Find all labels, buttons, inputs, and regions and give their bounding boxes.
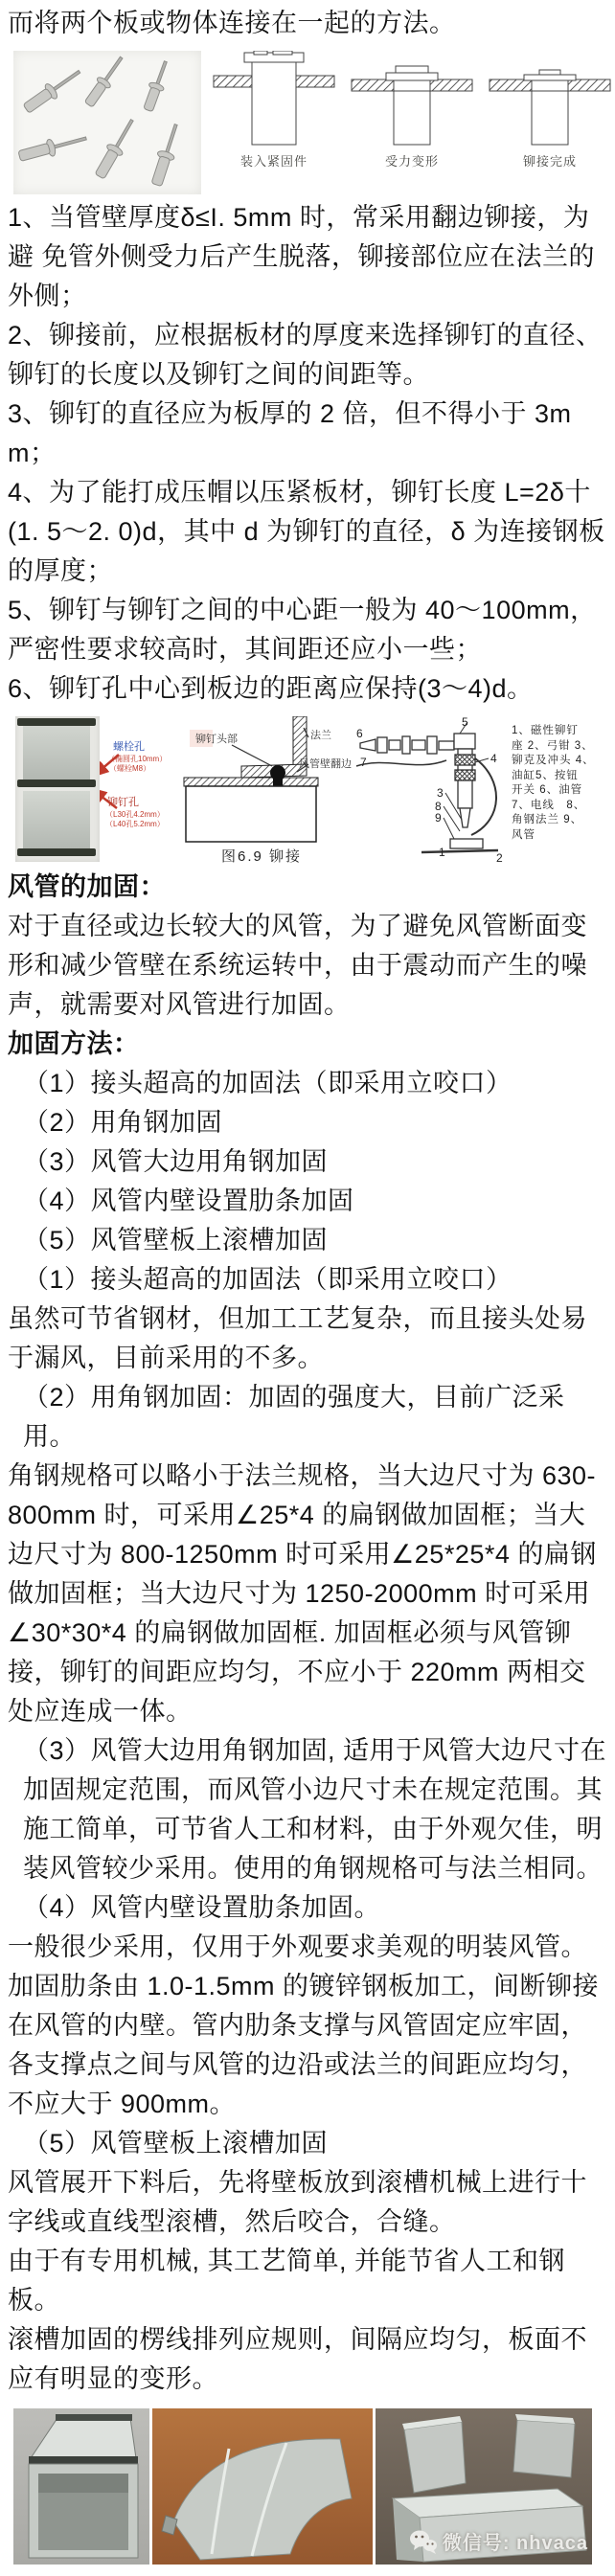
methods-heading: 加固方法：	[0, 1025, 615, 1064]
duct-flange	[17, 780, 96, 787]
detail-paragraph: 虽然可节省钢材，但加工工艺复杂，而且接头处易于漏风，目前采用的不多。	[0, 1299, 615, 1378]
detail-paragraph: 角钢规格可以略小于法兰规格，当大边尺寸为 630-800mm 时，可采用∠25*…	[0, 1457, 615, 1731]
step-insert-fastener: 装入紧固件	[209, 51, 339, 169]
tool-drawing	[354, 716, 508, 866]
rivet-rule-5: 5、铆钉与铆钉之间的中心距一般为 40～100mm，严密性要求较高时，其间距还应…	[0, 591, 615, 669]
detail-paragraph: （2）用角钢加固：加固的强度大，目前广泛采用。	[0, 1378, 615, 1457]
detail-paragraph: （5）风管壁板上滚槽加固	[0, 2124, 615, 2163]
rivet-rule-1: 1、当管壁厚度δ≤I. 5mm 时，常采用翻边铆接，为避 免管外侧受力后产生脱落…	[0, 198, 615, 316]
duct-fittings-photo: 微信号: nhvaca	[376, 2408, 592, 2565]
rivet-rule-4: 4、为了能打成压帽以压紧板材，铆钉长度 L=2δ十(1. 5～2. 0)d，其中…	[0, 473, 615, 591]
duct-box-bottom	[23, 791, 90, 848]
intro-text: 而将两个板或物体连接在一起的方法。	[0, 4, 615, 43]
callout-7: 7	[360, 757, 367, 768]
duct-intro: 对于直径或边长较大的风管，为了避免风管断面变形和减少管壁在系统运转中，由于震动而…	[0, 907, 615, 1025]
rivets-illustration	[13, 51, 201, 194]
figure-caption: 图6.9 铆接	[182, 846, 341, 866]
step-deform: 受力变形	[347, 51, 477, 169]
straight-duct-photo	[13, 2408, 149, 2565]
method-item-5: （5）风管壁板上滚槽加固	[0, 1221, 615, 1260]
red-arrow-icon	[100, 716, 182, 862]
wechat-id-text: 微信号: nhvaca	[443, 2527, 588, 2555]
method-item-1: （1）接头超高的加固法（即采用立咬口）	[0, 1064, 615, 1103]
step-label: 铆接完成	[523, 154, 577, 169]
rivet-rule-2: 2、铆接前，应根据板材的厚度来选择铆钉的直径、铆钉的长度以及铆钉之间的间距等。	[0, 316, 615, 395]
section-heading-duct-reinforcement: 风管的加固：	[0, 868, 615, 907]
callout-4: 4	[490, 753, 497, 764]
figure-rivet-process: 装入紧固件 受力变形 铆接完成	[0, 43, 615, 198]
step-label: 装入紧固件	[240, 154, 307, 169]
rivet-rule-6: 6、铆钉孔中心到板边的距离应保持(3～4)d。	[0, 669, 615, 709]
detail-paragraph: （3）风管大边用角钢加固, 适用于风管大边尺寸在加固规定范围，而风管小边尺寸未在…	[0, 1731, 615, 1888]
wechat-icon	[409, 2529, 438, 2554]
article-page: 而将两个板或物体连接在一起的方法。	[0, 0, 615, 2576]
rivet-head-label: 铆钉头部	[195, 734, 238, 745]
duct-flange	[17, 848, 96, 856]
callout-5: 5	[462, 716, 468, 728]
callout-3: 3	[437, 787, 444, 799]
detail-paragraph: 一般很少采用，仅用于外观要求美观的明装风管。	[0, 1928, 615, 1967]
riveting-tool-diagram: 5 6 7 4 3 8 9 1 2	[354, 716, 512, 866]
rivet-rule-3: 3、铆钉的直径应为板厚的 2 倍，但不得小于 3mm；	[0, 395, 615, 473]
tool-legend: 1、磁性铆钉 座 2、弓钳 3、 铆克及冲头 4、 油缸5、按钮 开关 6、油管…	[512, 716, 615, 843]
duct-photos-row: 微信号: nhvaca	[0, 2399, 615, 2570]
duct-wall-flanging-label: 风管壁翻边	[299, 758, 352, 770]
detail-paragraph: （1）接头超高的加固法（即采用立咬口）	[0, 1260, 615, 1299]
duct-photo-labels: 螺栓孔 （椭圆孔10mm） （螺栓M8） 铆钉孔 （L30孔4.2mm） （L4…	[100, 716, 182, 862]
elbow-duct-photo	[152, 2408, 373, 2565]
callout-6: 6	[356, 728, 363, 739]
detail-paragraph: 加固肋条由 1.0-1.5mm 的镀锌钢板加工，间断铆接在风管的内壁。管内肋条支…	[0, 1967, 615, 2124]
callout-2: 2	[496, 852, 503, 864]
diagram-complete	[488, 51, 612, 151]
blind-rivets-photo	[13, 51, 201, 194]
duct-flange	[17, 718, 96, 726]
wechat-watermark: 微信号: nhvaca	[409, 2527, 588, 2555]
method-item-2: （2）用角钢加固	[0, 1103, 615, 1142]
duct-box-top	[23, 722, 90, 780]
detail-paragraph: （4）风管内壁设置肋条加固。	[0, 1888, 615, 1928]
step-label: 受力变形	[385, 154, 439, 169]
duct-sections-photo	[15, 716, 100, 862]
diagram-insert	[212, 51, 336, 151]
fig69-diagram: 铆钉头部 法兰 风管壁翻边 图6.9 铆接	[182, 716, 354, 866]
elbow-duct-drawing	[152, 2408, 373, 2565]
detail-paragraph: 由于有专用机械, 其工艺简单, 并能节省人工和钢板。	[0, 2242, 615, 2320]
step-complete: 铆接完成	[485, 51, 615, 169]
detail-paragraph: 风管展开下料后，先将壁板放到滚槽机械上进行十字线或直线型滚槽，然后咬合，合缝。	[0, 2163, 615, 2242]
straight-duct-drawing	[13, 2408, 149, 2565]
flange-label: 法兰	[310, 730, 331, 741]
callout-9: 9	[435, 812, 442, 824]
detail-paragraph: 滚槽加固的楞线排列应规则，间隔应均匀，板面不应有明显的变形。	[0, 2320, 615, 2399]
figure-6-9-riveting: 螺栓孔 （椭圆孔10mm） （螺栓M8） 铆钉孔 （L30孔4.2mm） （L4…	[0, 709, 615, 868]
diagram-deform	[350, 51, 474, 151]
method-item-3: （3）风管大边用角钢加固	[0, 1142, 615, 1182]
callout-1: 1	[439, 847, 445, 858]
method-item-4: （4）风管内壁设置肋条加固	[0, 1182, 615, 1221]
